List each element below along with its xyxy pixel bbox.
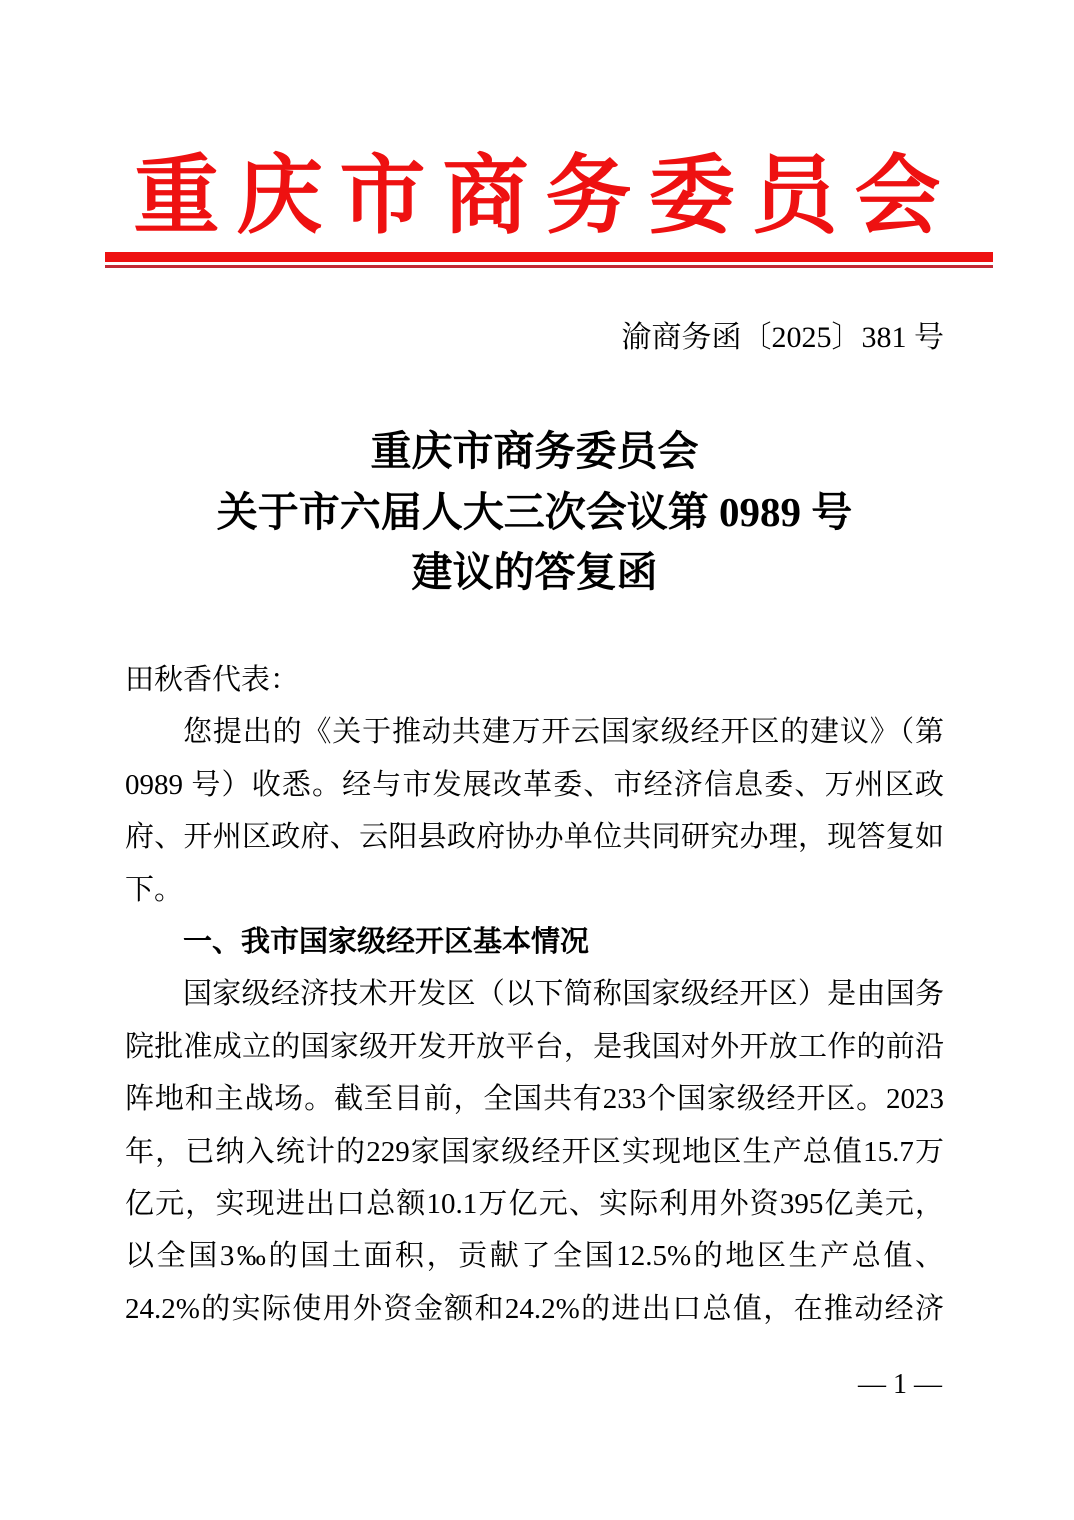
body-line: 院批准成立的国家级开发开放平台，是我国对外开放工作的前沿	[125, 1021, 944, 1073]
body-line: 0989 号）收悉。经与市发展改革委、市经济信息委、万州区政	[125, 759, 944, 811]
document-title-line: 重庆市商务委员会	[125, 421, 944, 482]
body-line: 24.2%的实际使用外资金额和24.2%的进出口总值，在推动经济	[125, 1283, 944, 1335]
document-title-line: 建议的答复函	[125, 542, 944, 603]
body-line: 府、开州区政府、云阳县政府协办单位共同研究办理，现答复如	[125, 811, 944, 863]
page-number: — 1 —	[125, 1370, 942, 1400]
body-line: 您提出的《关于推动共建万开云国家级经开区的建议》（第	[125, 706, 944, 758]
body-line: 国家级经济技术开发区（以下简称国家级经开区）是由国务	[125, 968, 944, 1020]
body-line: 阵地和主战场。截至目前，全国共有233个国家级经开区。2023	[125, 1073, 944, 1125]
letterhead-org-name: 重庆市商务委员会	[0, 150, 1074, 242]
document-body: 田秋香代表： 您提出的《关于推动共建万开云国家级经开区的建议》（第 0989 号…	[125, 654, 944, 1335]
document-title-line: 关于市六届人大三次会议第 0989 号	[125, 482, 944, 543]
body-line: 田秋香代表：	[125, 654, 944, 706]
body-line: 下。	[125, 864, 944, 916]
body-line: 年，已纳入统计的229家国家级经开区实现地区生产总值15.7万	[125, 1126, 944, 1178]
body-line: 一、我市国家级经开区基本情况	[125, 916, 944, 968]
body-line: 以全国3‰的国土面积，贡献了全国12.5%的地区生产总值、	[125, 1230, 944, 1282]
letterhead-rule-thick	[105, 252, 993, 262]
body-line: 亿元，实现进出口总额10.1万亿元、实际利用外资395亿美元，	[125, 1178, 944, 1230]
letterhead-rule-thin	[105, 265, 993, 268]
doc-number: 渝商务函〔2025〕381 号	[125, 320, 944, 356]
document-title: 重庆市商务委员会 关于市六届人大三次会议第 0989 号 建议的答复函	[125, 421, 944, 603]
document-page: 重庆市商务委员会 渝商务函〔2025〕381 号 重庆市商务委员会 关于市六届人…	[0, 0, 1074, 1520]
